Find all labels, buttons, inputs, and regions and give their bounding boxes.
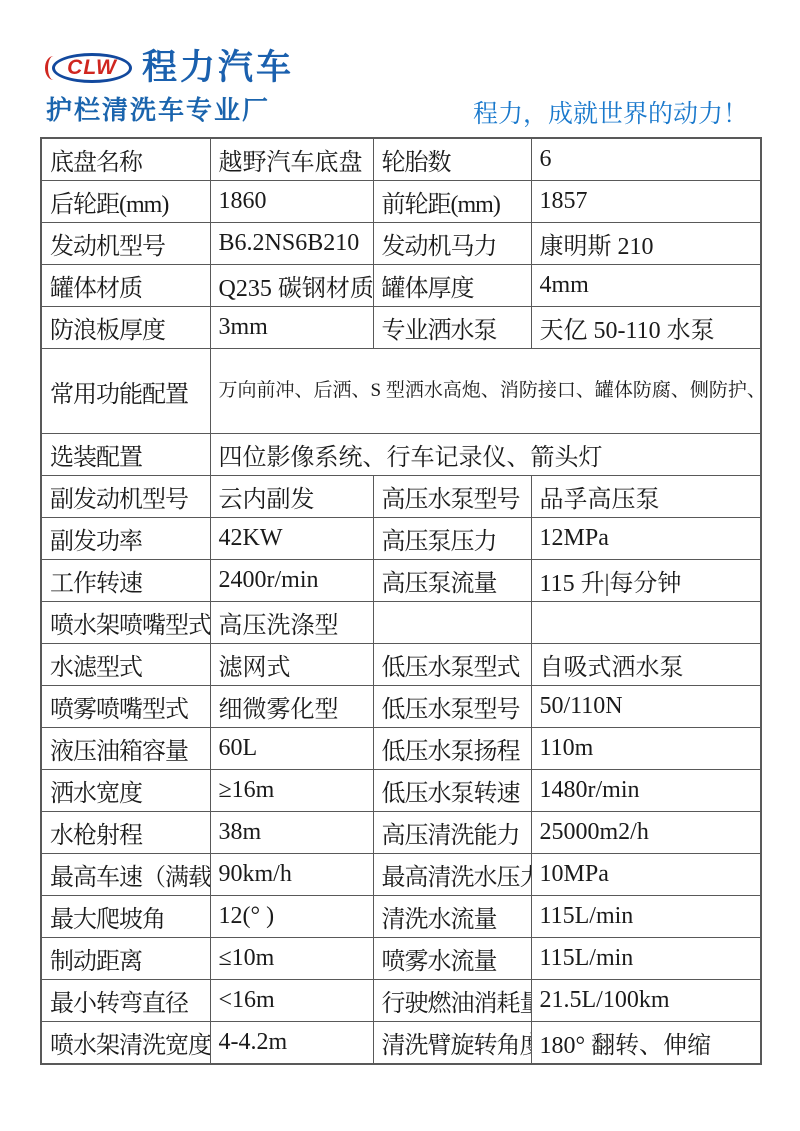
spec-value: 1480r/min [531,770,761,812]
spec-label: 喷雾水流量 [373,938,531,980]
spec-label: 选装配置 [41,434,210,476]
spec-value: 天亿 50-110 水泵 [531,307,761,349]
spec-label: 轮胎数 [373,138,531,181]
spec-label: 喷雾喷嘴型式 [41,686,210,728]
table-row: 最高车速（满载） 90km/h 最高清洗水压力 10MPa [41,854,761,896]
spec-value: 42KW [210,518,373,560]
spec-value: 115 升|每分钟 [531,560,761,602]
table-row: 罐体材质 Q235 碳钢材质 罐体厚度 4mm [41,265,761,307]
table-row: 喷水架清洗宽度 4-4.2m 清洗臂旋转角度 180° 翻转、伸缩 [41,1022,761,1065]
spec-value: 越野汽车底盘 [210,138,373,181]
spec-label: 低压水泵转速 [373,770,531,812]
spec-label: 最大爬坡角 [41,896,210,938]
spec-label [373,602,531,644]
spec-value: 1857 [531,181,761,223]
spec-value: 25000m2/h [531,812,761,854]
table-row: 最小转弯直径 <16m 行驶燃油消耗量 21.5L/100km [41,980,761,1022]
spec-table: 底盘名称 越野汽车底盘 轮胎数 6 后轮距(mm) 1860 前轮距(mm) 1… [40,137,762,1065]
spec-label: 制动距离 [41,938,210,980]
spec-sheet-page: CLW 程力汽车 护栏清洗车专业厂 程力，成就世界的动力！ 底盘名称 越野汽车底… [0,0,800,1131]
table-row: 洒水宽度 ≥16m 低压水泵转速 1480r/min [41,770,761,812]
table-row: 喷雾喷嘴型式 细微雾化型 低压水泵型号 50/110N [41,686,761,728]
spec-value: B6.2NS6B210 [210,223,373,265]
spec-value: 180° 翻转、伸缩 [531,1022,761,1065]
table-row: 发动机型号 B6.2NS6B210 发动机马力 康明斯 210 [41,223,761,265]
spec-value: 90km/h [210,854,373,896]
spec-value: 12(° ) [210,896,373,938]
spec-value: ≤10m [210,938,373,980]
spec-label: 最高清洗水压力 [373,854,531,896]
spec-label: 最小转弯直径 [41,980,210,1022]
table-row-optional-features: 选装配置 四位影像系统、行车记录仪、箭头灯 [41,434,761,476]
spec-value: 12MPa [531,518,761,560]
logo-swoosh-icon [45,56,62,80]
spec-label: 最高车速（满载） [41,854,210,896]
table-row: 喷水架喷嘴型式 高压洗涤型 [41,602,761,644]
table-row: 防浪板厚度 3mm 专业洒水泵 天亿 50-110 水泵 [41,307,761,349]
logo-text: CLW [67,56,117,79]
spec-label: 高压泵压力 [373,518,531,560]
spec-label: 水滤型式 [41,644,210,686]
spec-label: 专业洒水泵 [373,307,531,349]
spec-value: Q235 碳钢材质 [210,265,373,307]
spec-label: 喷水架喷嘴型式 [41,602,210,644]
spec-label: 行驶燃油消耗量 [373,980,531,1022]
spec-value: 康明斯 210 [531,223,761,265]
spec-label: 高压泵流量 [373,560,531,602]
spec-value: 四位影像系统、行车记录仪、箭头灯 [210,434,761,476]
spec-label: 液压油箱容量 [41,728,210,770]
spec-value: 细微雾化型 [210,686,373,728]
sub-brand-title: 护栏清洗车专业厂 [46,90,270,127]
brand-header: CLW 程力汽车 [52,50,294,86]
spec-value: 万向前冲、后洒、S 型洒水高炮、消防接口、罐体防腐、侧防护、爬梯、后置工作平台、… [210,349,761,434]
spec-value: 自吸式洒水泵 [531,644,761,686]
spec-label: 低压水泵型号 [373,686,531,728]
spec-value: 115L/min [531,896,761,938]
spec-value: 10MPa [531,854,761,896]
spec-value: 云内副发 [210,476,373,518]
spec-label: 前轮距(mm) [373,181,531,223]
spec-value: 60L [210,728,373,770]
spec-label: 罐体厚度 [373,265,531,307]
spec-value: 50/110N [531,686,761,728]
spec-value: <16m [210,980,373,1022]
spec-value: ≥16m [210,770,373,812]
spec-value: 110m [531,728,761,770]
company-slogan: 程力，成就世界的动力！ [458,94,748,130]
spec-value [531,602,761,644]
spec-value: 3mm [210,307,373,349]
spec-value: 2400r/min [210,560,373,602]
table-row: 后轮距(mm) 1860 前轮距(mm) 1857 [41,181,761,223]
table-row: 水滤型式 滤网式 低压水泵型式 自吸式洒水泵 [41,644,761,686]
table-row: 副发动机型号 云内副发 高压水泵型号 品孚高压泵 [41,476,761,518]
spec-label: 喷水架清洗宽度 [41,1022,210,1065]
spec-label: 发动机型号 [41,223,210,265]
table-row: 工作转速 2400r/min 高压泵流量 115 升|每分钟 [41,560,761,602]
table-row: 底盘名称 越野汽车底盘 轮胎数 6 [41,138,761,181]
spec-label: 工作转速 [41,560,210,602]
spec-value: 6 [531,138,761,181]
spec-label: 副发动机型号 [41,476,210,518]
table-row: 制动距离 ≤10m 喷雾水流量 115L/min [41,938,761,980]
spec-label: 洒水宽度 [41,770,210,812]
spec-value: 滤网式 [210,644,373,686]
spec-label: 发动机马力 [373,223,531,265]
spec-label: 清洗水流量 [373,896,531,938]
table-row-common-features: 常用功能配置 万向前冲、后洒、S 型洒水高炮、消防接口、罐体防腐、侧防护、爬梯、… [41,349,761,434]
table-row: 液压油箱容量 60L 低压水泵扬程 110m [41,728,761,770]
spec-value: 4mm [531,265,761,307]
spec-label: 后轮距(mm) [41,181,210,223]
spec-label: 水枪射程 [41,812,210,854]
spec-label: 副发功率 [41,518,210,560]
logo-oval: CLW [52,53,132,83]
table-row: 最大爬坡角 12(° ) 清洗水流量 115L/min [41,896,761,938]
spec-label: 清洗臂旋转角度 [373,1022,531,1065]
table-row: 水枪射程 38m 高压清洗能力 25000m2/h [41,812,761,854]
clw-logo-icon: CLW [52,53,132,83]
spec-label: 罐体材质 [41,265,210,307]
spec-label: 高压清洗能力 [373,812,531,854]
spec-value: 38m [210,812,373,854]
spec-label: 低压水泵扬程 [373,728,531,770]
spec-value: 115L/min [531,938,761,980]
spec-label: 防浪板厚度 [41,307,210,349]
brand-name: 程力汽车 [142,50,294,86]
spec-value: 高压洗涤型 [210,602,373,644]
spec-value: 21.5L/100km [531,980,761,1022]
spec-value: 1860 [210,181,373,223]
spec-value: 品孚高压泵 [531,476,761,518]
table-row: 副发功率 42KW 高压泵压力 12MPa [41,518,761,560]
spec-label: 低压水泵型式 [373,644,531,686]
spec-label: 高压水泵型号 [373,476,531,518]
spec-label: 底盘名称 [41,138,210,181]
spec-value: 4-4.2m [210,1022,373,1065]
spec-label: 常用功能配置 [41,349,210,434]
